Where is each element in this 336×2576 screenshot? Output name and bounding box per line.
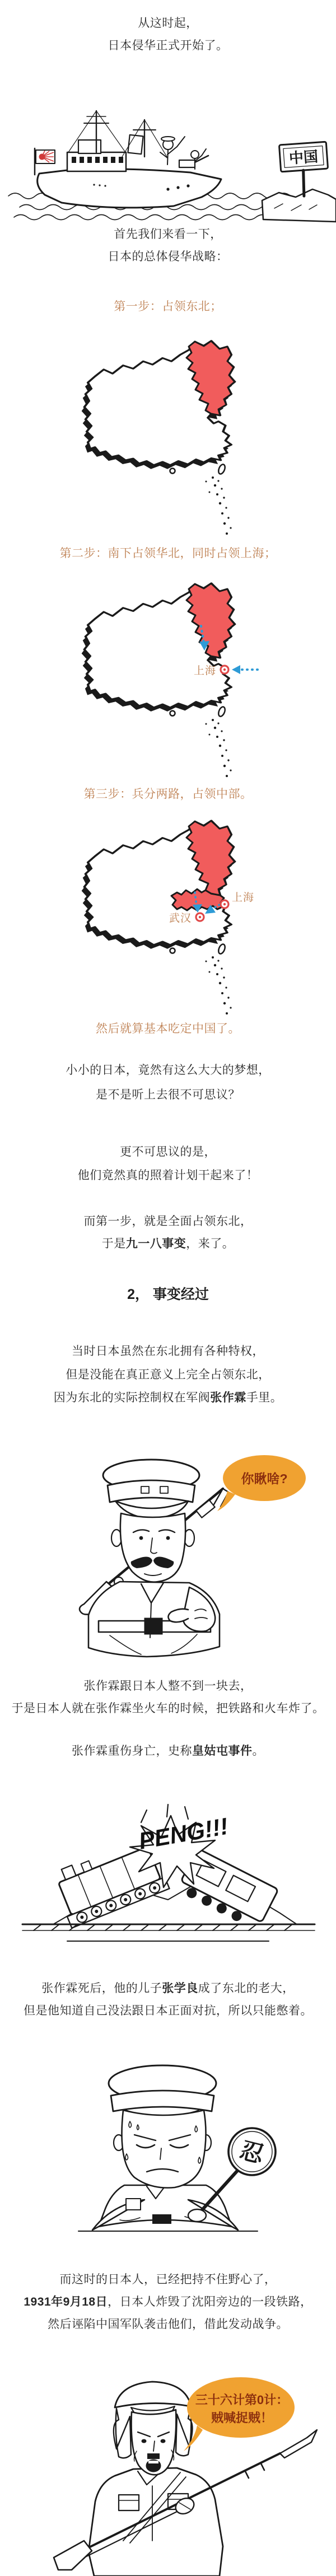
zhang-zuolin-illustration: 你瞅啥?	[0, 1453, 336, 1663]
japanese-soldier-illustration: 三十六计第0计： 贼喊捉贼！	[0, 2373, 336, 2576]
incident-line-1: 而这时的日本人，已经把持不住野心了，	[0, 2271, 336, 2288]
soldier-bubble-line-2: 贼喊捉贼！	[211, 2411, 273, 2425]
step1-label: 第一步：占领东北；	[0, 298, 336, 315]
soldier-bubble-line-1: 三十六计第0计：	[195, 2393, 288, 2407]
dream-line-4: 他们竟然真的照着计划干起来了！	[0, 1167, 336, 1184]
china-shore: 中国	[262, 142, 336, 222]
dream-line-2: 是不是听上去很不可思议？	[0, 1087, 336, 1104]
train-explosion-illustration: PENG!!!	[0, 1800, 336, 1957]
step2-label: 第二步：南下占领华北，同时占领上海；	[0, 545, 336, 562]
background-line-1: 当时日本虽然在东北拥有各种特权，	[0, 1343, 336, 1360]
china-sign: 中国	[279, 142, 329, 198]
bomb-line-3: 张作霖重伤身亡，史称皇姑屯事件。	[0, 1743, 336, 1760]
firststep-line-1: 而第一步，就是全面占领东北，	[0, 1213, 336, 1230]
shanghai-label: 上海	[232, 891, 254, 904]
incident-line-3: 然后诬陷中国军队袭击他们，借此发动战争。	[0, 2316, 336, 2333]
background-line-3: 因为东北的实际控制权在军阀张作霖手里。	[0, 1390, 336, 1406]
intro-line-1: 从这时起，	[0, 15, 336, 32]
dream-line-3: 更不可思议的是，	[0, 1144, 336, 1161]
bomb-line-1: 张作霖跟日本人整不到一块去，	[0, 1678, 336, 1695]
intro-line-2: 日本侵华正式开始了。	[0, 38, 336, 54]
step3-label: 第三步：兵分两路，占领中部。	[0, 786, 336, 803]
head	[103, 1460, 199, 1582]
warship-illustration: 中国	[0, 101, 336, 232]
ship-hull	[38, 111, 221, 208]
xueliang-line-1: 张作霖死后，他的儿子张学良成了东北的老大，	[0, 1980, 336, 1997]
bomb-line-2: 于是日本人就在张作霖坐火车的时候，把铁路和火车炸了。	[0, 1700, 336, 1717]
map-step1	[77, 333, 262, 540]
railway-track	[22, 1924, 315, 1941]
dream-line-1: 小小的日本，竟然有这么大大的梦想，	[0, 1062, 336, 1079]
map-step2: 上海	[77, 576, 262, 783]
zuolin-bubble-text: 你瞅啥?	[241, 1471, 287, 1486]
speech-bubble: 你瞅啥?	[217, 1455, 306, 1511]
section-heading: 2， 事变经过	[0, 1283, 336, 1303]
shanghai-arrow	[232, 665, 258, 674]
head	[109, 2065, 216, 2188]
rifle-sun-flag	[35, 148, 55, 175]
xueliang-line-2: 但是他知道自己没法跟日本正面对抗，所以只能憋着。	[0, 2003, 336, 2019]
china-sign-label: 中国	[288, 148, 319, 167]
strategy-line-1: 首先我们来看一下，	[0, 226, 336, 243]
zhang-xueliang-illustration: 忍	[0, 2052, 336, 2234]
shanghai-label: 上海	[194, 665, 216, 677]
strategy-conclusion: 然后就算基本吃定中国了。	[0, 1021, 336, 1037]
incident-line-2: 1931年9月18日，日本人炸毁了沈阳旁边的一段铁路，	[0, 2294, 336, 2311]
firststep-line-2: 于是九一八事变，来了。	[0, 1236, 336, 1252]
shanghai-marker: 上海	[221, 891, 254, 908]
strategy-line-2: 日本的总体侵华战略：	[0, 249, 336, 265]
head-with-field-cap	[114, 2382, 193, 2475]
map-step3: 武汉 上海	[77, 813, 262, 1020]
speech-bubble: 三十六计第0计： 贼喊捉贼！	[184, 2377, 295, 2451]
background-line-2: 但是没能在真正意义上完全占领东北，	[0, 1367, 336, 1383]
wuhan-label: 武汉	[169, 912, 192, 924]
comic-page: 从这时起， 日本侵华正式开始了。	[0, 0, 336, 2576]
